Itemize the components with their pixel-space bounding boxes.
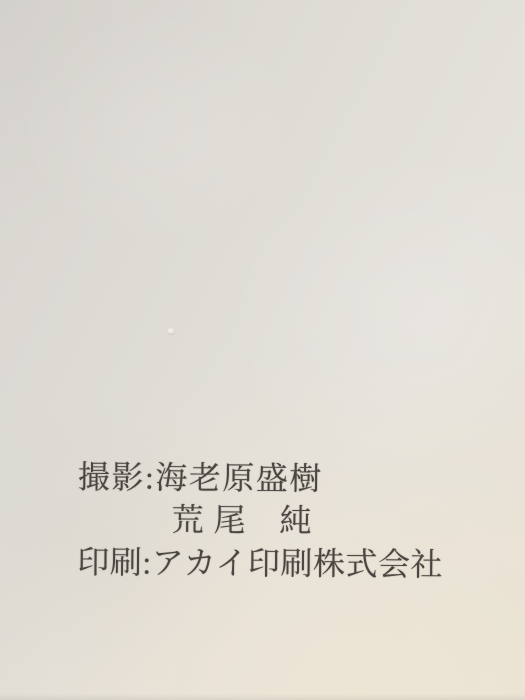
book-colophon-page: 撮影:海老原盛樹 荒 尾 純 印刷:アカイ印刷株式会社 bbox=[0, 0, 525, 700]
photography-credit-line: 撮影:海老原盛樹 bbox=[78, 461, 323, 496]
colophon-text-block: 撮影:海老原盛樹 荒 尾 純 印刷:アカイ印刷株式会社 bbox=[0, 0, 525, 700]
printer-credit-line: 印刷:アカイ印刷株式会社 bbox=[77, 546, 443, 582]
second-photographer-line: 荒 尾 純 bbox=[171, 504, 312, 539]
